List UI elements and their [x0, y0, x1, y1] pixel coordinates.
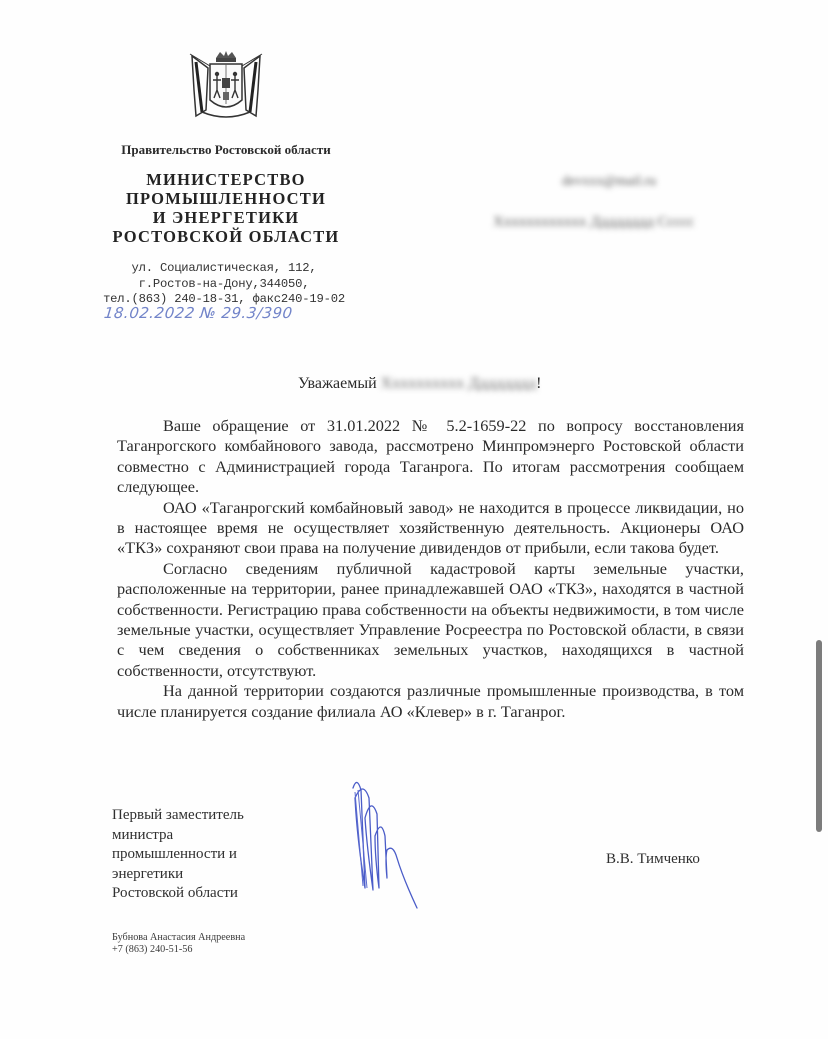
handwritten-registration-number: 18.02.2022 № 29.3/390 — [103, 304, 294, 322]
government-name: Правительство Ростовской области — [106, 142, 346, 158]
position-line: Ростовской области — [112, 884, 244, 904]
ministry-name: МИНИСТЕРСТВО ПРОМЫШЛЕННОСТИ И ЭНЕРГЕТИКИ… — [100, 170, 352, 246]
coat-of-arms-icon — [186, 50, 266, 122]
ministry-address: ул. Социалистическая, 112, г.Ростов-на-Д… — [100, 261, 348, 308]
recipient-email-redacted: devxxx@mail.ru — [562, 174, 656, 190]
address-line: г.Ростов-на-Дону,344050, — [100, 277, 348, 293]
position-line: Первый заместитель — [112, 806, 244, 826]
handwritten-signature-icon — [343, 778, 443, 923]
signer-position: Первый заместитель министра промышленнос… — [112, 806, 244, 904]
body-paragraph: На данной территории создаются различные… — [117, 681, 744, 722]
ministry-line: И ЭНЕРГЕТИКИ — [100, 208, 352, 227]
salutation: Уважаемый Хххххххххх Дддддддд! — [298, 375, 541, 393]
salutation-name-redacted: Хххххххххх Дддддддд — [381, 375, 536, 392]
position-line: министра — [112, 826, 244, 846]
ministry-line: РОСТОВСКОЙ ОБЛАСТИ — [100, 227, 352, 246]
address-line: ул. Социалистическая, 112, — [100, 261, 348, 277]
body-paragraph: Ваше обращение от 31.01.2022 № 5.2-1659-… — [117, 416, 744, 498]
ministry-line: МИНИСТЕРСТВО — [100, 170, 352, 189]
letter-page: Правительство Ростовской области МИНИСТЕ… — [0, 0, 828, 1039]
position-line: промышленности и — [112, 845, 244, 865]
executor-name: Бубнова Анастасия Андреевна — [112, 932, 245, 944]
salutation-prefix: Уважаемый — [298, 375, 377, 392]
salutation-suffix: ! — [536, 375, 541, 392]
body-paragraph: ОАО «Таганрогский комбайновый завод» не … — [117, 498, 744, 559]
recipient-name-redacted: Хххххххххххх Дддддддд Ссссс — [493, 214, 694, 231]
position-line: энергетики — [112, 865, 244, 885]
vertical-scrollbar-thumb[interactable] — [816, 640, 822, 832]
letter-body: Ваше обращение от 31.01.2022 № 5.2-1659-… — [117, 416, 744, 722]
signer-name: В.В. Тимченко — [606, 851, 700, 868]
executor-info: Бубнова Анастасия Андреевна +7 (863) 240… — [112, 932, 245, 955]
ministry-line: ПРОМЫШЛЕННОСТИ — [100, 189, 352, 208]
executor-phone: +7 (863) 240-51-56 — [112, 944, 245, 956]
body-paragraph: Согласно сведениям публичной кадастровой… — [117, 559, 744, 681]
